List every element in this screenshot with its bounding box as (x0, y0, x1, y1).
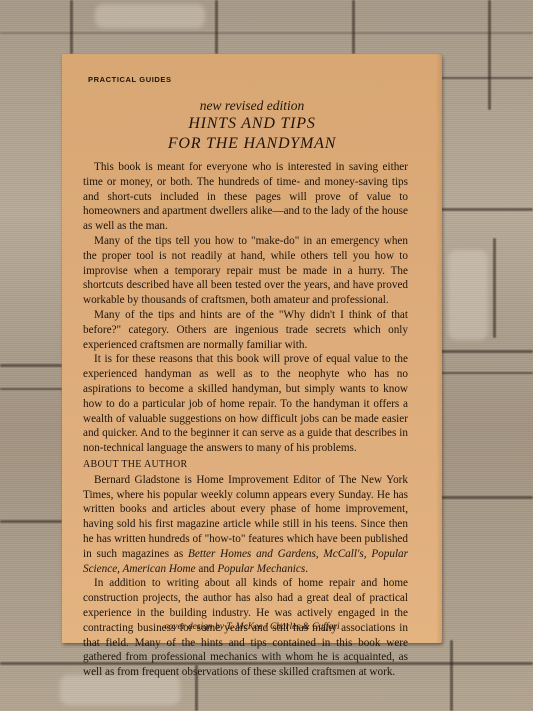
mortar-line (70, 0, 73, 54)
blurb-paragraph: Many of the tips tell you how to "make-d… (83, 234, 408, 308)
mortar-line (440, 496, 533, 499)
mortar-line (0, 364, 62, 367)
blurb: This book is meant for everyone who is i… (83, 160, 408, 680)
blurb-paragraph: It is for these reasons that this book w… (83, 352, 408, 456)
cover-design-credit: cover design by T. McKee / Charles & Cuf… (62, 622, 442, 632)
title-line-1: HINTS AND TIPS (62, 114, 442, 134)
magazine-last: Popular Mechanics (217, 563, 305, 575)
about-author-heading: ABOUT THE AUTHOR (83, 458, 408, 473)
brick-highlight (95, 4, 205, 28)
brick-highlight (448, 250, 488, 340)
mortar-line (440, 77, 533, 79)
mortar-line (488, 0, 491, 110)
blurb-paragraph: This book is meant for everyone who is i… (83, 160, 408, 234)
mortar-line (493, 238, 496, 338)
edition-label: new revised edition (62, 98, 442, 114)
mortar-line (0, 520, 62, 523)
mortar-line (0, 32, 533, 34)
book-back-cover: PRACTICAL GUIDES new revised edition HIN… (62, 54, 442, 643)
series-label: PRACTICAL GUIDES (88, 75, 172, 84)
mortar-line (440, 208, 533, 211)
magazine-joiner: and (196, 563, 218, 575)
title-line-2: FOR THE HANDYMAN (62, 134, 442, 154)
mortar-line (450, 640, 453, 711)
mortar-line (215, 0, 218, 54)
mortar-line (440, 372, 533, 374)
mortar-line (352, 0, 355, 54)
author-bio-paragraph: Bernard Gladstone is Home Improvement Ed… (83, 473, 408, 577)
blurb-paragraph: Many of the tips and hints are of the "W… (83, 308, 408, 352)
mortar-line (0, 388, 62, 390)
mortar-line (440, 350, 533, 353)
book-title: HINTS AND TIPS FOR THE HANDYMAN (62, 114, 442, 154)
sentence-end: . (305, 563, 308, 575)
